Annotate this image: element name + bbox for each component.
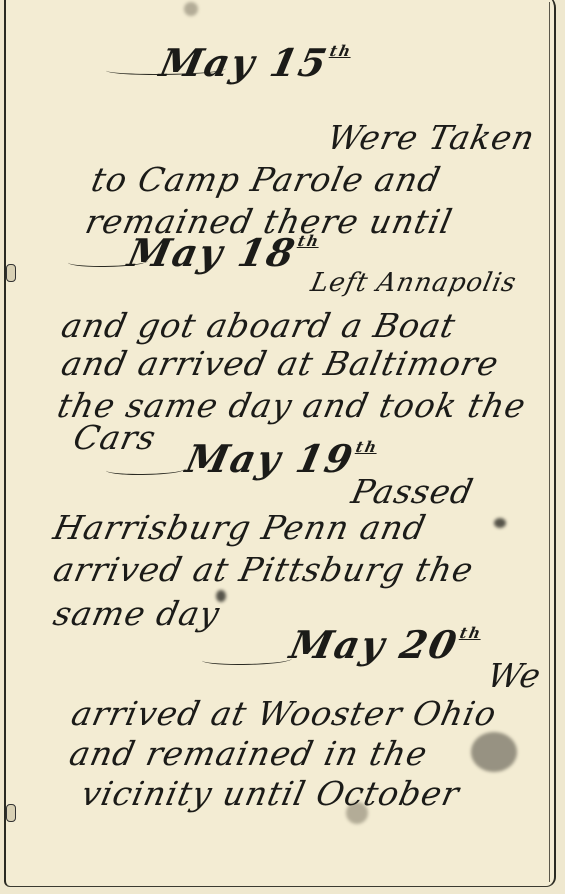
date-month: May xyxy=(182,436,286,481)
entry-line: same day xyxy=(50,594,224,633)
date-month: May xyxy=(156,40,260,85)
ink-smudge xyxy=(494,518,506,528)
date-flourish xyxy=(202,654,292,665)
date-suffix: th xyxy=(296,232,322,250)
date-suffix: th xyxy=(354,438,380,456)
date-month: May xyxy=(286,622,390,667)
ink-smudge xyxy=(471,732,517,772)
entry-date: May 19th xyxy=(182,436,380,481)
entry-line: and remained in the xyxy=(66,734,431,773)
date-suffix: th xyxy=(458,624,484,642)
entry-date: May 18th xyxy=(124,230,322,275)
entry-line: Passed xyxy=(348,472,477,511)
entry-line: and got aboard a Boat xyxy=(58,306,460,345)
entry-line: arrived at Pittsburg the xyxy=(50,550,477,589)
entry-date: May 15th xyxy=(156,40,354,85)
date-day: 19 xyxy=(292,436,358,481)
entry-date: May 20th xyxy=(286,622,484,667)
entry-line: vicinity until October xyxy=(78,774,463,813)
date-suffix: th xyxy=(328,42,354,60)
date-month: May xyxy=(124,230,228,275)
entry-line: and arrived at Baltimore xyxy=(58,344,503,383)
binding-clip xyxy=(6,804,16,822)
entry-line: Were Taken xyxy=(324,118,539,157)
ink-smudge xyxy=(184,2,198,16)
date-day: 20 xyxy=(396,622,462,667)
date-day: 18 xyxy=(234,230,300,275)
entry-line: arrived at Wooster Ohio xyxy=(68,694,500,733)
date-day: 15 xyxy=(266,40,332,85)
entry-line: Cars xyxy=(70,418,160,457)
entry-line: Left Annapolis xyxy=(308,268,519,298)
entry-line: to Camp Parole and xyxy=(88,160,444,199)
entry-line: Harrisburg Penn and xyxy=(50,508,430,547)
diary-page: May 15th Were Taken to Camp Parole and r… xyxy=(4,0,556,887)
binding-clip xyxy=(6,264,16,282)
date-flourish xyxy=(106,464,186,475)
entry-line: We xyxy=(484,656,545,695)
